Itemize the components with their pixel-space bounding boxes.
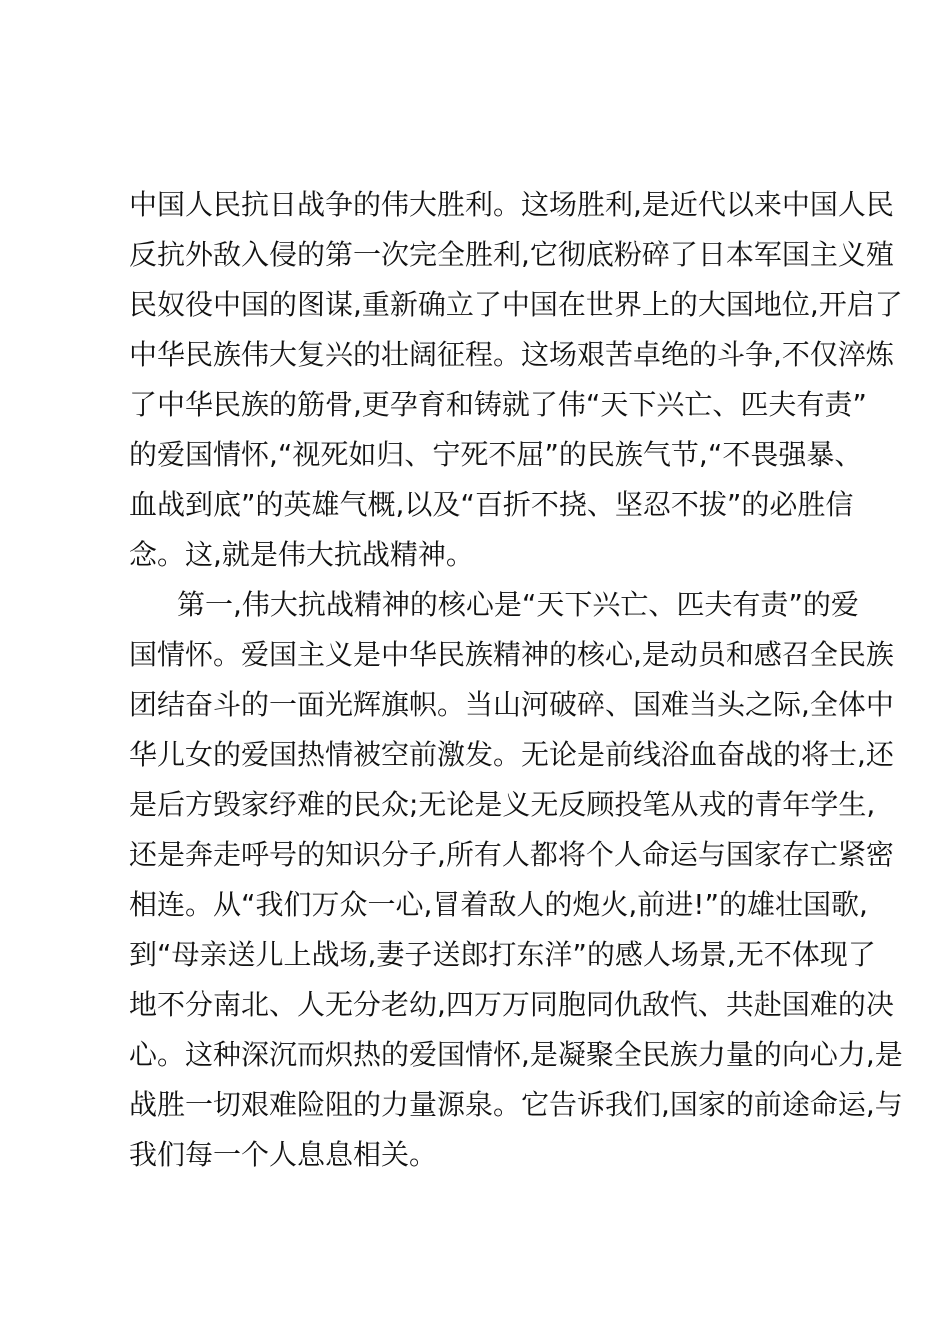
paragraph-1: 中国人民抗日战争的伟大胜利。这场胜利,是近代以来中国人民 反抗外敌入侵的第一次完… [129, 180, 835, 580]
text-line: 第一,伟大抗战精神的核心是“天下兴亡、匹夫有责”的爱 [129, 580, 835, 630]
text-line: 地不分南北、人无分老幼,四万万同胞同仇敌忾、共赴国难的决 [129, 980, 835, 1030]
text-line: 中华民族伟大复兴的壮阔征程。这场艰苦卓绝的斗争,不仅淬炼 [129, 330, 835, 380]
text-line: 团结奋斗的一面光辉旗帜。当山河破碎、国难当头之际,全体中 [129, 680, 835, 730]
text-line: 的爱国情怀,“视死如归、宁死不屈”的民族气节,“不畏强暴、 [129, 430, 835, 480]
text-line: 华儿女的爱国热情被空前激发。无论是前线浴血奋战的将士,还 [129, 730, 835, 780]
text-line: 是后方毁家纾难的民众;无论是义无反顾投笔从戎的青年学生, [129, 780, 835, 830]
text-line: 念。这,就是伟大抗战精神。 [129, 530, 835, 580]
text-line: 血战到底”的英雄气概,以及“百折不挠、坚忍不拔”的必胜信 [129, 480, 835, 530]
paragraph-2: 第一,伟大抗战精神的核心是“天下兴亡、匹夫有责”的爱 国情怀。爱国主义是中华民族… [129, 580, 835, 1180]
document-body: 中国人民抗日战争的伟大胜利。这场胜利,是近代以来中国人民 反抗外敌入侵的第一次完… [129, 180, 835, 1180]
text-line: 到“母亲送儿上战场,妻子送郎打东洋”的感人场景,无不体现了 [129, 930, 835, 980]
text-line: 国情怀。爱国主义是中华民族精神的核心,是动员和感召全民族 [129, 630, 835, 680]
text-line: 民奴役中国的图谋,重新确立了中国在世界上的大国地位,开启了 [129, 280, 835, 330]
text-line: 反抗外敌入侵的第一次完全胜利,它彻底粉碎了日本军国主义殖 [129, 230, 835, 280]
text-line: 战胜一切艰难险阻的力量源泉。它告诉我们,国家的前途命运,与 [129, 1080, 835, 1130]
text-line: 中国人民抗日战争的伟大胜利。这场胜利,是近代以来中国人民 [129, 180, 835, 230]
text-line: 了中华民族的筋骨,更孕育和铸就了伟“天下兴亡、匹夫有责” [129, 380, 835, 430]
text-line: 还是奔走呼号的知识分子,所有人都将个人命运与国家存亡紧密 [129, 830, 835, 880]
text-line: 我们每一个人息息相关。 [129, 1130, 835, 1180]
text-line: 心。这种深沉而炽热的爱国情怀,是凝聚全民族力量的向心力,是 [129, 1030, 835, 1080]
document-page: 中国人民抗日战争的伟大胜利。这场胜利,是近代以来中国人民 反抗外敌入侵的第一次完… [0, 0, 950, 1344]
text-line: 相连。从“我们万众一心,冒着敌人的炮火,前进!”的雄壮国歌, [129, 880, 835, 930]
